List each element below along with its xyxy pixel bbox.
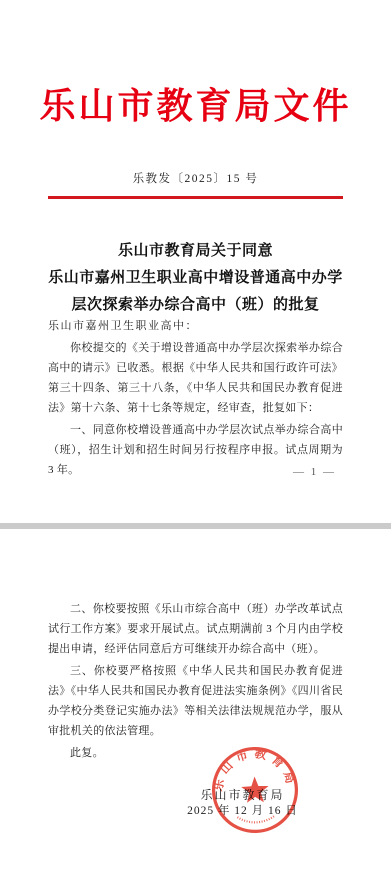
body-paragraph-1: 你校提交的《关于增设普通高中办学层次探索举办综合高中的请示》已收悉。根据《中华人… <box>48 338 343 418</box>
document-page-1: 乐山市教育局文件 乐教发〔2025〕15 号 乐山市教育局关于同意 乐山市嘉州卫… <box>0 0 391 523</box>
addressee-line: 乐山市嘉州卫生职业高中： <box>48 316 343 336</box>
seal-serial-marks <box>237 816 274 823</box>
title-line-3: 层次探索举办综合高中（班）的批复 <box>0 292 391 319</box>
seal-star-icon <box>241 776 269 803</box>
title-line-1: 乐山市教育局关于同意 <box>0 238 391 265</box>
agency-header-title: 乐山市教育局文件 <box>0 78 391 129</box>
document-number: 乐教发〔2025〕15 号 <box>0 170 391 186</box>
red-divider-line <box>48 196 343 199</box>
official-seal-stamp-icon: 乐山市教育局 <box>208 743 301 836</box>
page2-body: 二、你校要按照《乐山市综合高中（班）办学改革试点试行工作方案》要求开展试点。试点… <box>48 597 343 763</box>
document-page-2: 二、你校要按照《乐山市综合高中（班）办学改革试点试行工作方案》要求开展试点。试点… <box>0 529 391 875</box>
body-paragraph-4: 三、你校要严格按照《中华人民共和国民办教育促进法》《中华人民共和国民办教育促进法… <box>48 661 343 741</box>
title-line-2: 乐山市嘉州卫生职业高中增设普通高中办学 <box>0 265 391 292</box>
document-viewer: 乐山市教育局文件 乐教发〔2025〕15 号 乐山市教育局关于同意 乐山市嘉州卫… <box>0 0 391 875</box>
page-number: — 1 — <box>293 466 336 478</box>
document-title: 乐山市教育局关于同意 乐山市嘉州卫生职业高中增设普通高中办学 层次探索举办综合高… <box>0 238 391 319</box>
page1-body: 乐山市嘉州卫生职业高中： 你校提交的《关于增设普通高中办学层次探索举办综合高中的… <box>48 316 343 480</box>
body-paragraph-3: 二、你校要按照《乐山市综合高中（班）办学改革试点试行工作方案》要求开展试点。试点… <box>48 599 343 659</box>
